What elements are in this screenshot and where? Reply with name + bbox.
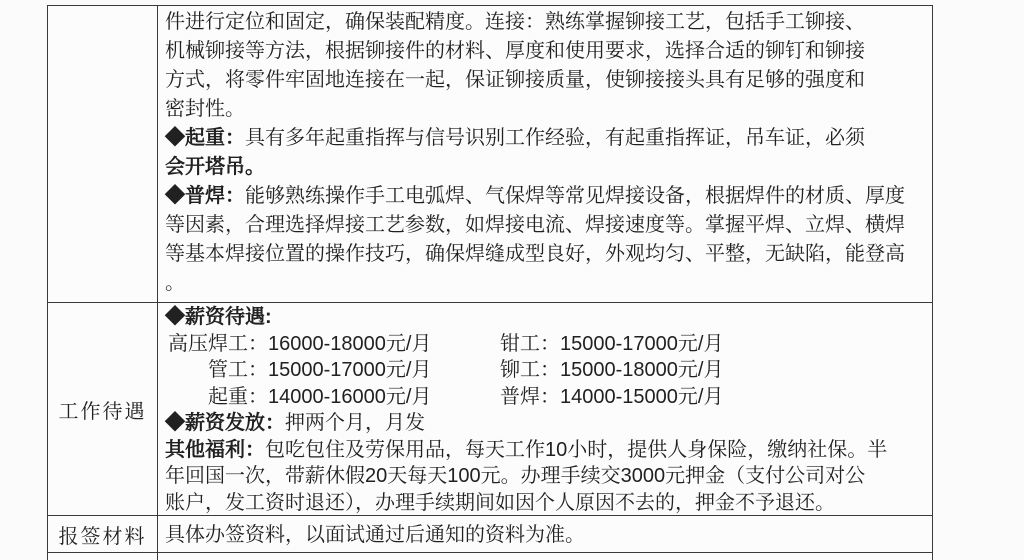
salary-job-label: 高压焊工： [165,331,268,358]
salary-row: 高压焊工：16000-18000元/月钳工：15000-17000元/月 [165,331,926,358]
table-row-treatment: 工作待遇 ◆薪资待遇: 高压焊工：16000-18000元/月钳工：15000-… [48,303,932,516]
table-row-visa: 报签材料 具体办签资料，以面试通过后通知的资料为准。 [48,516,932,553]
salary-job-label: 普焊： [460,384,560,411]
benefits-text: ◆薪资发放：押两个月，月发 其他福利：包吃包住及劳保用品，每天工作10小时，提供… [165,410,926,515]
next-row-label-cell [48,553,158,560]
table-row-requirements: 件进行定位和固定，确保装配精度。连接：熟练掌握铆接工艺，包括手工铆接、 机械铆接… [48,6,932,303]
salary-title: ◆薪资待遇: [165,304,926,331]
job-posting-table: 件进行定位和固定，确保装配精度。连接：熟练掌握铆接工艺，包括手工铆接、 机械铆接… [47,5,933,560]
requirements-text: 件进行定位和固定，确保装配精度。连接：熟练掌握铆接工艺，包括手工铆接、 机械铆接… [158,6,932,302]
salary-range-value: 15000-17000元/月 [268,357,460,384]
salary-job-label: 起重： [165,384,268,411]
requirements-label-cell [48,6,158,302]
salary-range-value: 15000-17000元/月 [560,331,926,358]
salary-range-value: 16000-18000元/月 [268,331,460,358]
treatment-content: ◆薪资待遇: 高压焊工：16000-18000元/月钳工：15000-17000… [158,303,932,515]
treatment-label: 工作待遇 [48,303,158,515]
document-page: 件进行定位和固定，确保装配精度。连接：熟练掌握铆接工艺，包括手工铆接、 机械铆接… [0,0,1024,560]
visa-content: 具体办签资料，以面试通过后通知的资料为准。 [165,525,585,545]
salary-range-value: 14000-16000元/月 [268,384,460,411]
visa-label: 报签材料 [48,516,158,552]
salary-row: 起重：14000-16000元/月普焊：14000-15000元/月 [165,384,926,411]
table-row-next-partial [48,553,932,560]
next-row-content-cell [158,553,932,560]
salary-range-value: 14000-15000元/月 [560,384,926,411]
salary-job-label: 钳工： [460,331,560,358]
salary-row: 管工：15000-17000元/月铆工：15000-18000元/月 [165,357,926,384]
salary-job-label: 铆工： [460,357,560,384]
salary-range-value: 15000-18000元/月 [560,357,926,384]
salary-table: 高压焊工：16000-18000元/月钳工：15000-17000元/月管工：1… [165,331,926,411]
salary-job-label: 管工： [165,357,268,384]
